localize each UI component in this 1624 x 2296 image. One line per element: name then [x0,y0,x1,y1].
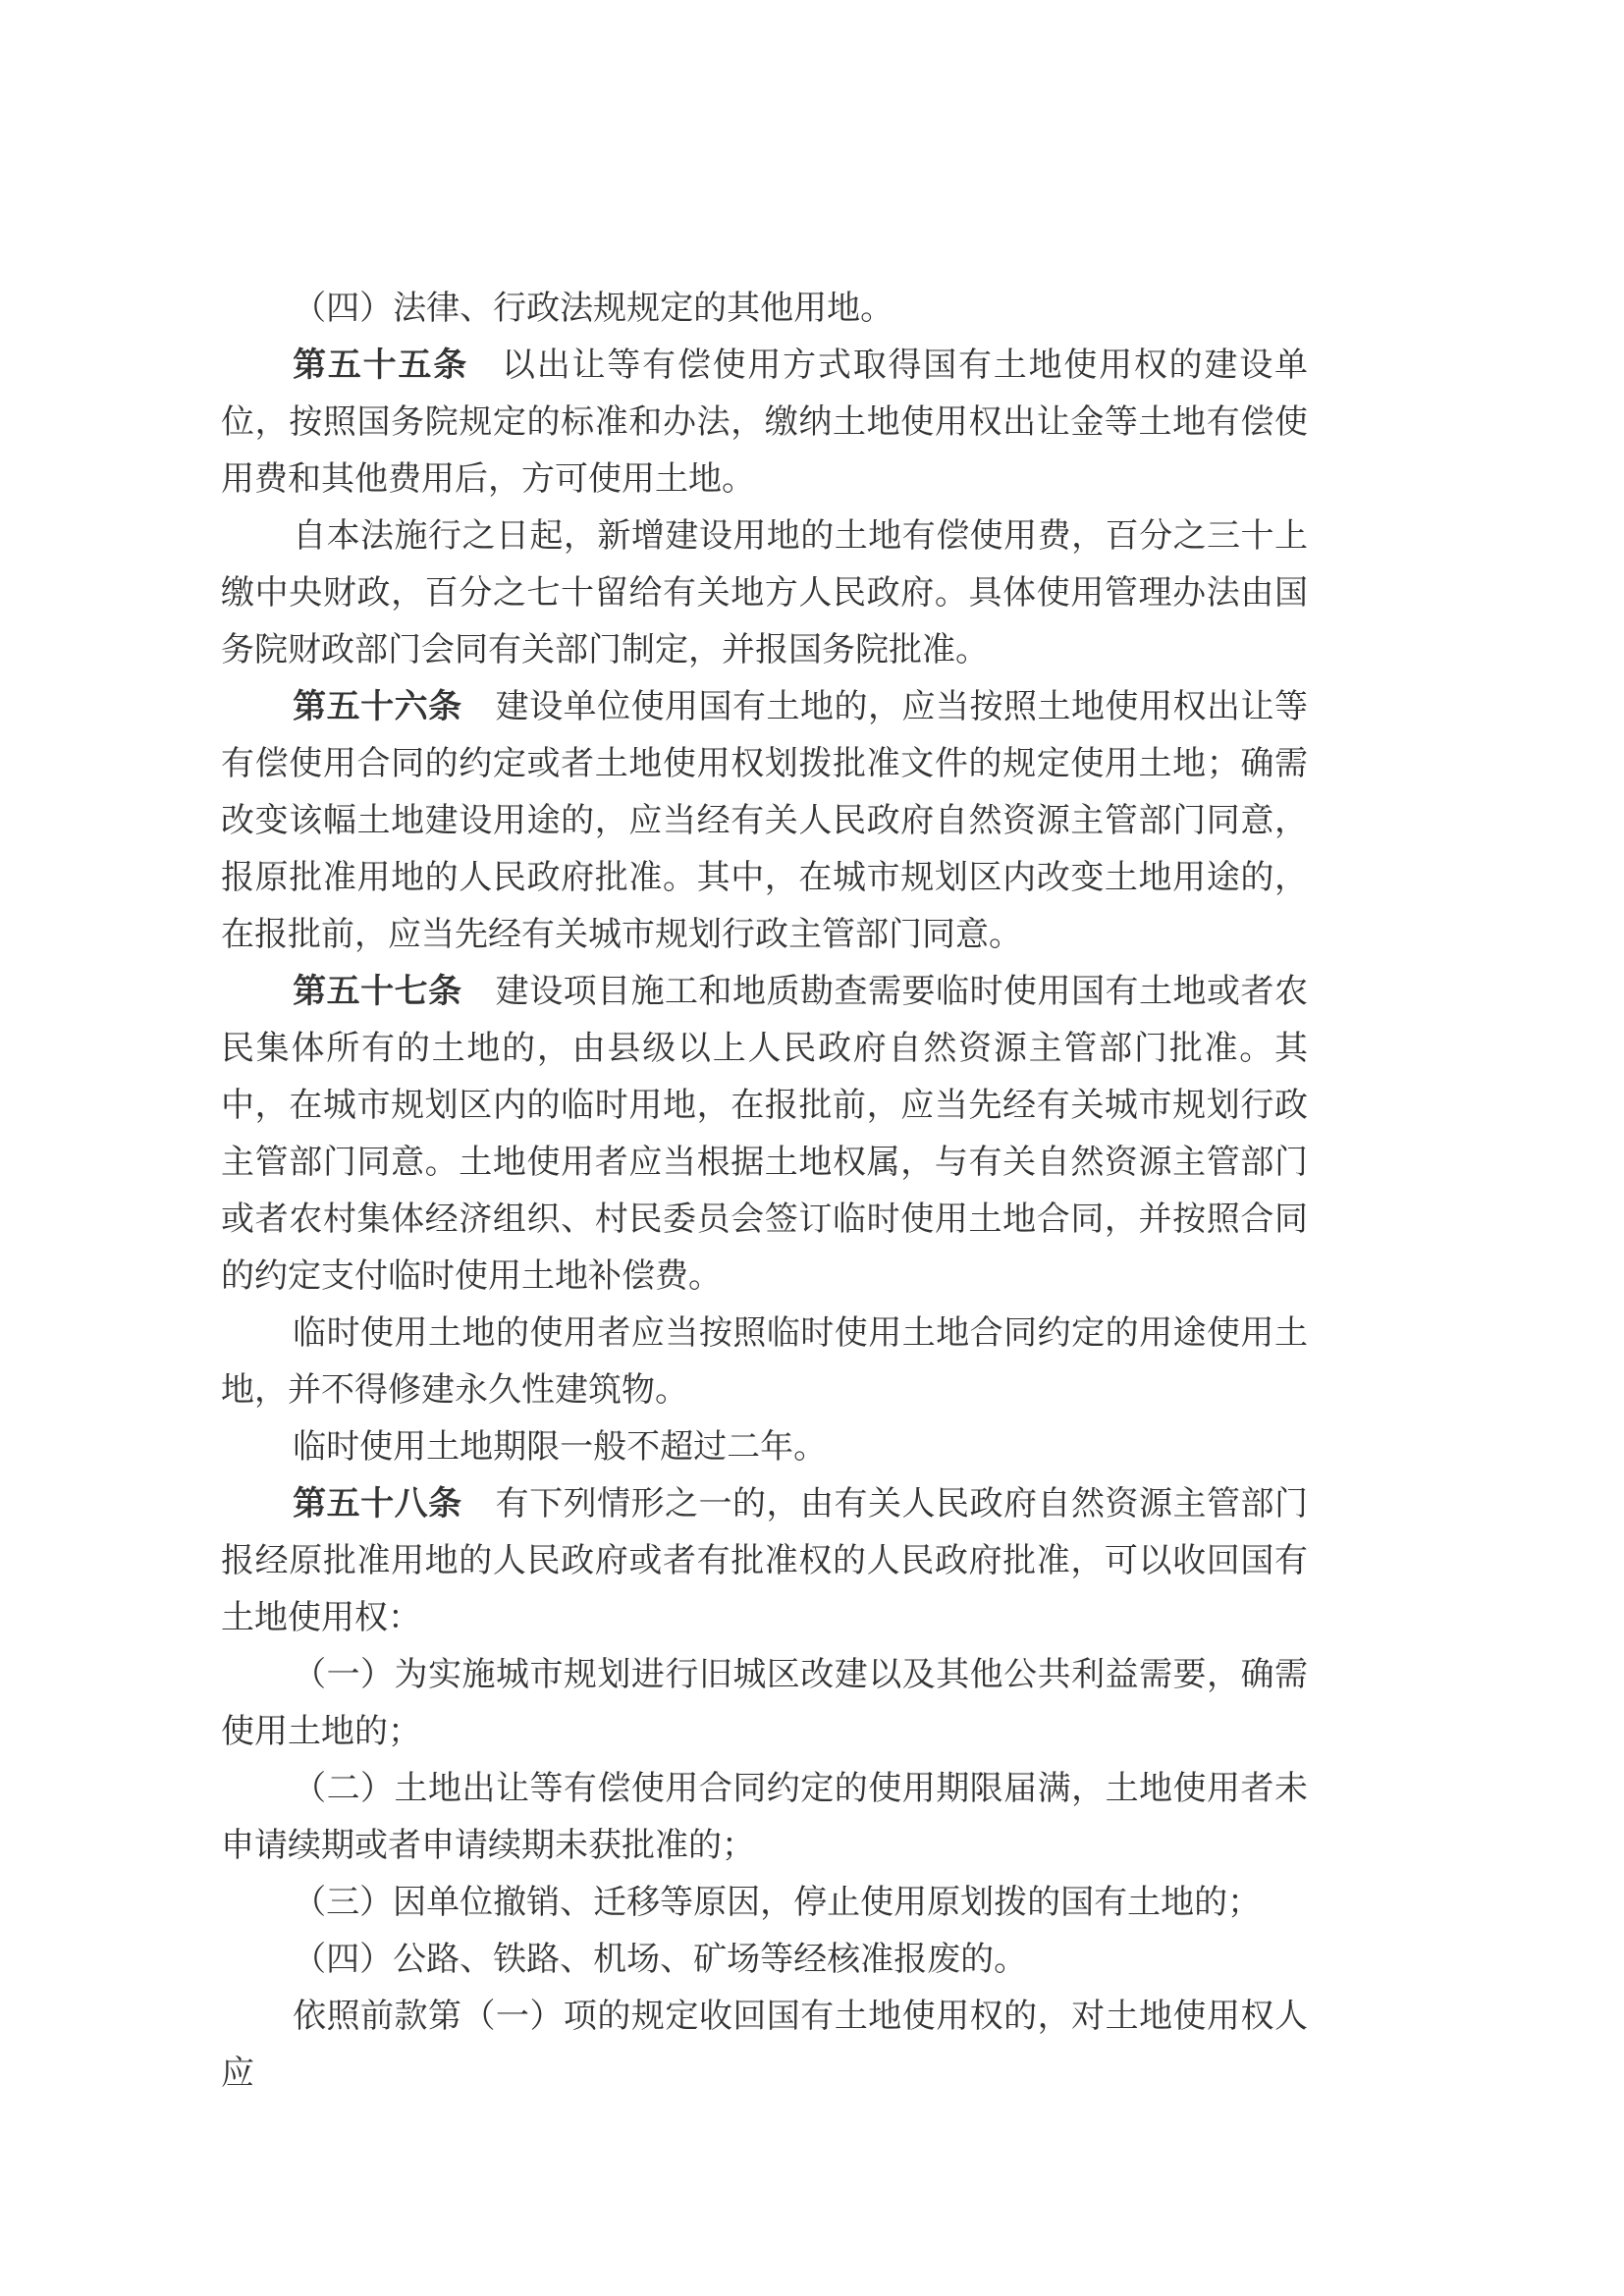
page-text-block: （四）法律、行政法规规定的其他用地。 第五十五条以出让等有偿使用方式取得国有土地… [221,281,1308,2103]
paragraph: 临时使用土地期限一般不超过二年。 [221,1419,1308,1476]
paragraph: （四）法律、行政法规规定的其他用地。 [221,281,1308,338]
paragraph-text: 建设单位使用国有土地的，应当按照土地使用权出让等有偿使用合同的约定或者土地使用权… [221,689,1308,953]
article-number: 第五十六条 [293,689,461,725]
paragraph-text: 临时使用土地期限一般不超过二年。 [293,1429,827,1466]
article-number: 第五十七条 [293,974,461,1010]
paragraph: 第五十六条建设单位使用国有土地的，应当按照土地使用权出让等有偿使用合同的约定或者… [221,679,1308,964]
paragraph: 自本法施行之日起，新增建设用地的土地有偿使用费，百分之三十上缴中央财政，百分之七… [221,508,1308,679]
paragraph-text: （一）为实施城市规划进行旧城区改建以及其他公共利益需要，确需使用土地的； [221,1657,1308,1750]
paragraph-text: （三）因单位撤销、迁移等原因，停止使用原划拨的国有土地的； [293,1885,1261,1921]
paragraph: （三）因单位撤销、迁移等原因，停止使用原划拨的国有土地的； [221,1875,1308,1932]
paragraph: （一）为实施城市规划进行旧城区改建以及其他公共利益需要，确需使用土地的； [221,1647,1308,1761]
paragraph-text: （二）土地出让等有偿使用合同约定的使用期限届满，土地使用者未申请续期或者申请续期… [221,1771,1308,1864]
paragraph: 第五十七条建设项目施工和地质勘查需要临时使用国有土地或者农民集体所有的土地的，由… [221,964,1308,1306]
paragraph-text: 临时使用土地的使用者应当按照临时使用土地合同约定的用途使用土地，并不得修建永久性… [221,1315,1308,1409]
article-number: 第五十五条 [293,347,468,384]
paragraph: 第五十八条有下列情形之一的，由有关人民政府自然资源主管部门报经原批准用地的人民政… [221,1476,1308,1647]
paragraph: 临时使用土地的使用者应当按照临时使用土地合同约定的用途使用土地，并不得修建永久性… [221,1306,1308,1419]
paragraph: 第五十五条以出让等有偿使用方式取得国有土地使用权的建设单位，按照国务院规定的标准… [221,338,1308,508]
paragraph-text: （四）公路、铁路、机场、矿场等经核准报废的。 [293,1942,1027,1978]
paragraph: 依照前款第（一）项的规定收回国有土地使用权的，对土地使用权人应 [221,1989,1308,2103]
paragraph-text: 建设项目施工和地质勘查需要临时使用国有土地或者农民集体所有的土地的，由县级以上人… [221,974,1308,1295]
paragraph-text: 依照前款第（一）项的规定收回国有土地使用权的，对土地使用权人应 [221,1999,1308,2092]
paragraph: （二）土地出让等有偿使用合同约定的使用期限届满，土地使用者未申请续期或者申请续期… [221,1761,1308,1875]
article-number: 第五十八条 [293,1486,461,1522]
document-page: （四）法律、行政法规规定的其他用地。 第五十五条以出让等有偿使用方式取得国有土地… [0,0,1624,2296]
paragraph-text: （四）法律、行政法规规定的其他用地。 [293,291,893,327]
paragraph-text: 自本法施行之日起，新增建设用地的土地有偿使用费，百分之三十上缴中央财政，百分之七… [221,518,1308,668]
paragraph: （四）公路、铁路、机场、矿场等经核准报废的。 [221,1932,1308,1989]
